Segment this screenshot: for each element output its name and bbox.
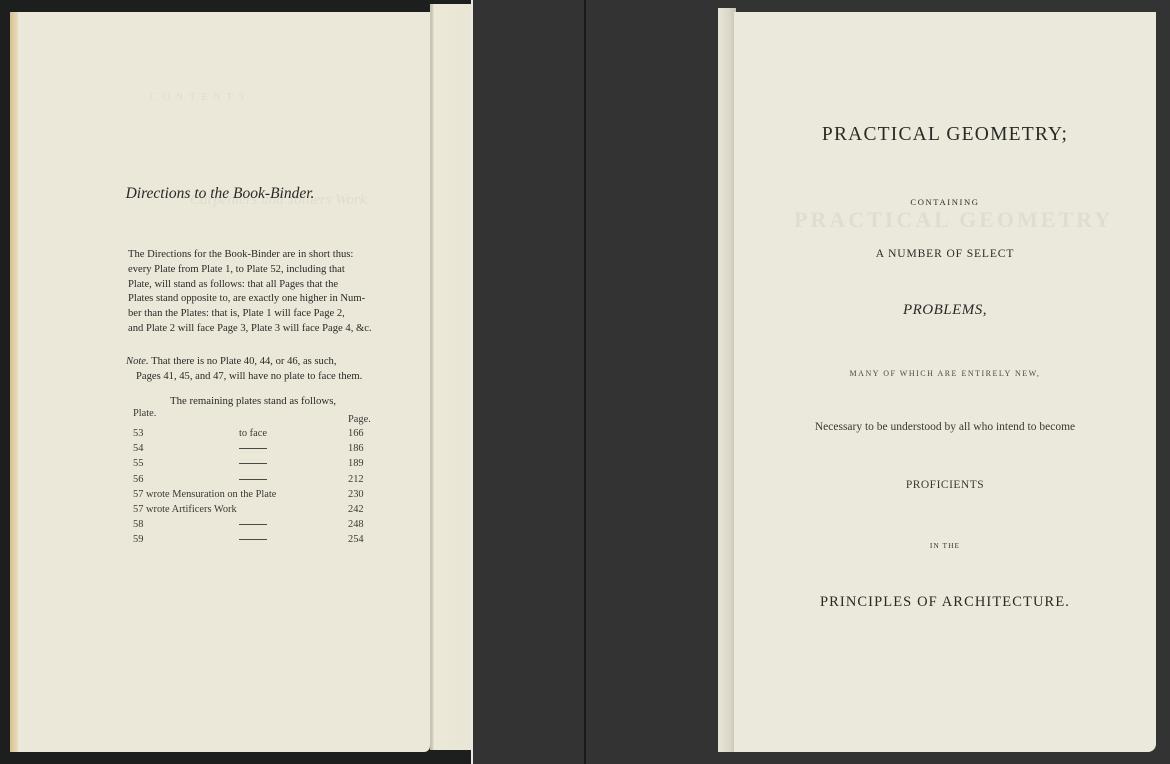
table-row: 57 wrote Artificers Work 242 (133, 504, 393, 519)
header-page: Page. (348, 414, 371, 425)
page-number: 248 (348, 519, 364, 530)
ditto-dash (223, 534, 283, 545)
table-row: 53 to face 166 (133, 428, 393, 443)
plate-number: 54 (133, 443, 143, 454)
paragraph-line: Plates stand opposite to, are exactly on… (128, 292, 418, 307)
proficients-label: PROFICIENTS (734, 479, 1156, 491)
to-face-label: to face (223, 428, 283, 439)
plates-table: Plate. Page. 53 to face 166 54 186 55 18… (133, 408, 393, 550)
problems-label: PROBLEMS, (734, 302, 1156, 319)
page-number: 242 (348, 504, 364, 515)
page-number: 186 (348, 443, 364, 454)
left-viewer-pane: CONTENTS. Carpenters and Joiners Work. D… (0, 0, 472, 764)
in-the-label: IN THE (734, 541, 1156, 550)
ditto-dash (223, 474, 283, 485)
plate-number: 56 (133, 474, 143, 485)
paragraph-line: Plate, will stand as follows: that all P… (128, 278, 418, 293)
plate-number: 59 (133, 534, 143, 545)
ditto-dash (223, 519, 283, 530)
many-entirely-new: MANY OF WHICH ARE ENTIRELY NEW, (734, 369, 1156, 378)
paragraph-line: ber than the Plates: that is, Plate 1 wi… (128, 307, 418, 322)
plate-number: 57 wrote Mensuration on the Plate (133, 489, 276, 500)
containing-label: CONTAINING (734, 197, 1156, 207)
ditto-dash (223, 443, 283, 454)
book-title: PRACTICAL GEOMETRY; (734, 124, 1156, 146)
header-plate: Plate. (133, 408, 156, 419)
necessary-line: Necessary to be understood by all who in… (734, 421, 1156, 433)
paragraph-line: every Plate from Plate 1, to Plate 52, i… (128, 263, 418, 278)
left-page-scan: CONTENTS. Carpenters and Joiners Work. D… (10, 12, 430, 752)
plate-number: 57 wrote Artificers Work (133, 504, 237, 515)
directions-title: Directions to the Book-Binder. (10, 185, 430, 203)
page-number: 212 (348, 474, 364, 485)
page-number: 166 (348, 428, 364, 439)
page-number: 230 (348, 489, 364, 500)
paragraph-line: and Plate 2 will face Page 3, Plate 3 wi… (128, 322, 418, 337)
remaining-plates-text: The remaining plates stand as follows, (170, 395, 336, 407)
middle-viewer-pane (473, 0, 584, 764)
page-number: 254 (348, 534, 364, 545)
plate-number: 58 (133, 519, 143, 530)
right-page-scan: PRACTICAL GEOMETRY PRACTICAL GEOMETRY; C… (734, 12, 1156, 752)
next-page-edge (430, 4, 471, 750)
show-through-title: PRACTICAL GEOMETRY (794, 207, 1113, 233)
paragraph-line: The Directions for the Book-Binder are i… (128, 248, 418, 263)
directions-paragraph: The Directions for the Book-Binder are i… (128, 248, 418, 337)
plate-number: 55 (133, 458, 143, 469)
number-of-select: A NUMBER OF SELECT (734, 248, 1156, 260)
table-row: 55 189 (133, 458, 393, 473)
table-row: 58 248 (133, 519, 393, 534)
show-through-heading: CONTENTS. (150, 92, 259, 103)
plates-table-header: Plate. Page. (133, 408, 393, 428)
page-edge (10, 12, 18, 752)
note-block: Note. That there is no Plate 40, 44, or … (126, 355, 420, 385)
table-row: 57 wrote Mensuration on the Plate 230 (133, 489, 393, 504)
note-line-1: That there is no Plate 40, 44, or 46, as… (151, 356, 336, 367)
table-row: 54 186 (133, 443, 393, 458)
page-number: 189 (348, 458, 364, 469)
plate-number: 53 (133, 428, 143, 439)
note-label: Note. (126, 356, 149, 367)
principles-of-architecture: PRINCIPLES OF ARCHITECTURE. (734, 594, 1156, 611)
table-row: 59 254 (133, 534, 393, 549)
ditto-dash (223, 458, 283, 469)
note-line-2: Pages 41, 45, and 47, will have no plate… (126, 370, 420, 385)
table-row: 56 212 (133, 474, 393, 489)
